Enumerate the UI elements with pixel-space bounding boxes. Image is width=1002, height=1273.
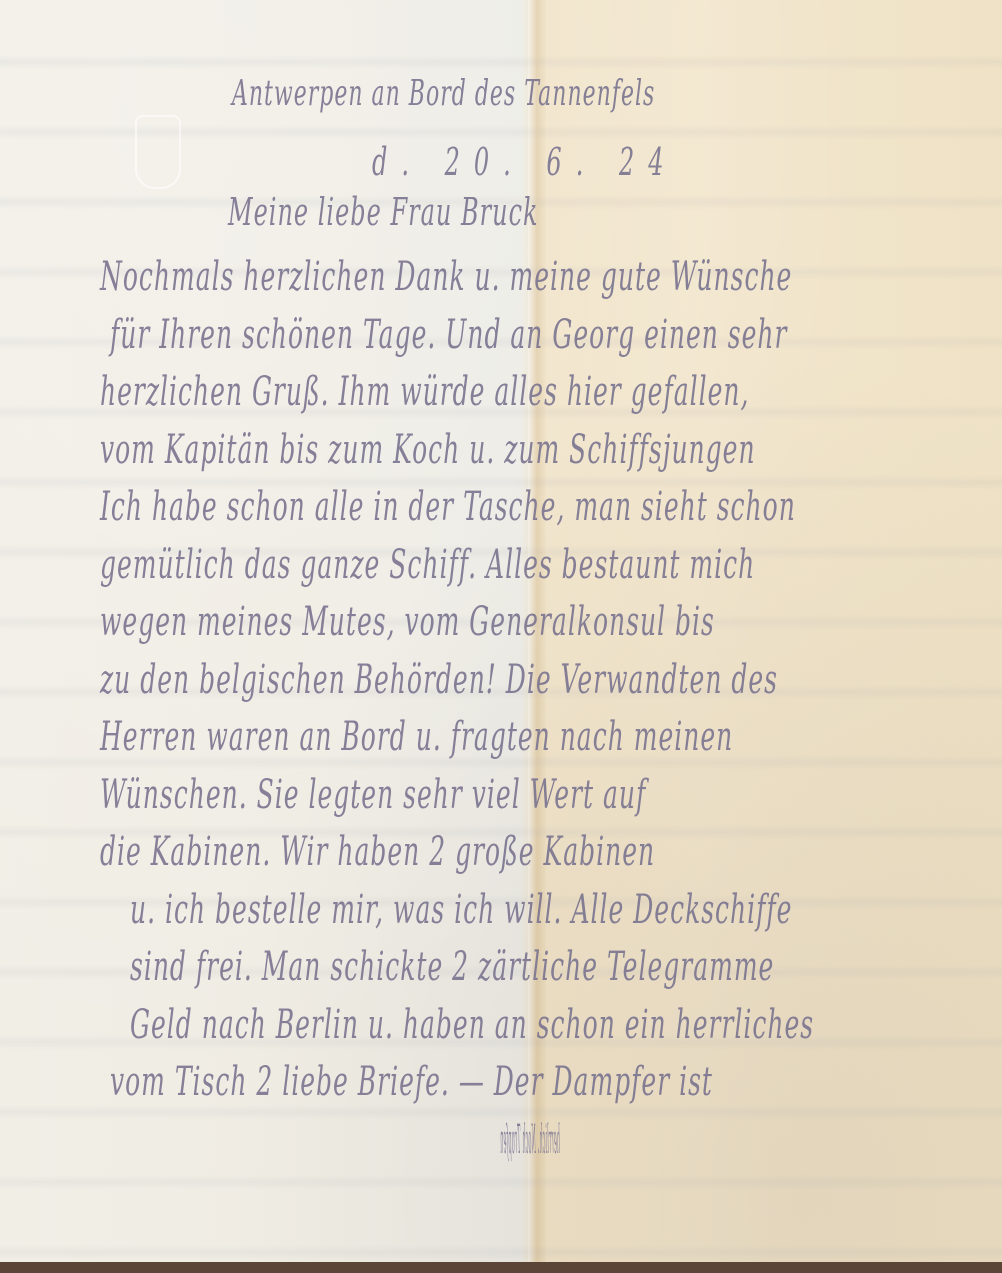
letter-line: Nochmals herzlichen Dank u. meine gute W…: [100, 253, 792, 299]
salutation: Meine liebe Frau Bruck: [228, 190, 539, 235]
letter-line: herzlichen Gruß. Ihm würde alles hier ge…: [100, 368, 749, 414]
letter-line: Ich habe schon alle in der Tasche, man s…: [100, 483, 796, 529]
letter-line: vom Tisch 2 liebe Briefe. — Der Dampfer …: [110, 1058, 713, 1104]
letter-line: Herren waren an Bord u. fragten nach mei…: [100, 713, 733, 759]
letter-line: vom Kapitän bis zum Koch u. zum Schiffsj…: [100, 426, 756, 472]
letter-line: für Ihren schönen Tage. Und an Georg ein…: [110, 311, 787, 357]
letter-line: wegen meines Mutes, vom Generalkonsul bi…: [100, 598, 715, 644]
letter-line: u. ich bestelle mir, was ich will. Alle …: [130, 886, 792, 932]
letter-line: Wünschen. Sie legten sehr viel Wert auf: [100, 771, 646, 817]
letter-line: die Kabinen. Wir haben 2 große Kabinen: [100, 828, 655, 874]
letter-line: gemütlich das ganze Schiff. Alles bestau…: [100, 541, 755, 587]
letter-photo: Antwerpen an Bord des Tannenfels d. 20. …: [0, 0, 1002, 1273]
letter-line: Geld nach Berlin u. haben an schon ein h…: [130, 1001, 814, 1047]
table-surface: [0, 1262, 1002, 1273]
crest-watermark-icon: [135, 115, 181, 189]
place-line: Antwerpen an Bord des Tannenfels: [232, 75, 655, 115]
letter-line: herrlich. Noch Tropfen: [500, 1116, 560, 1162]
letter-line: zu den belgischen Behörden! Die Verwandt…: [100, 656, 778, 702]
letter-line: sind frei. Man schickte 2 zärtliche Tele…: [130, 943, 774, 989]
date-line: d. 20. 6. 24: [372, 140, 677, 185]
